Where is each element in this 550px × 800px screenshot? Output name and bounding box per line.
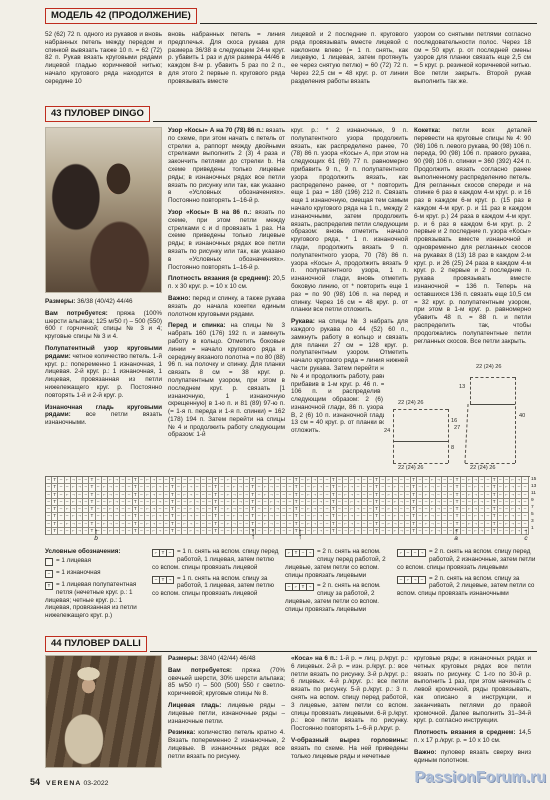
dalli-photo bbox=[45, 655, 162, 768]
legend-column-3: ⌐Т–¬= 2 п. снять на вспом. спицу перед р… bbox=[285, 548, 393, 617]
arrow-glyph: ↑ bbox=[251, 534, 255, 540]
chart-cell: – bbox=[522, 499, 528, 506]
paragraph-lead: Узор «Косы» В на 86 п.: bbox=[168, 209, 251, 216]
symbol-cell: Т bbox=[293, 550, 300, 557]
paragraph: лицевой и 2 последние п. кругового ряда … bbox=[291, 31, 408, 86]
arrow-glyph: ↑ bbox=[298, 534, 302, 540]
text-column: вновь набранных петель = линия предплечь… bbox=[168, 31, 285, 103]
chart-row-number: 9 bbox=[531, 497, 536, 504]
repeat-double-arrow-icon: ↑↑ bbox=[251, 529, 255, 540]
body-right-lower-measure: 8 bbox=[451, 445, 454, 451]
legend-item: ⌐Т–= 1 п. снять на вспом. спицу перед ра… bbox=[152, 548, 282, 572]
chart-cell: – bbox=[522, 492, 528, 499]
symbol-cell: Т bbox=[300, 584, 307, 591]
symbol-cell: ¬ bbox=[167, 577, 174, 584]
chart-arrow-markers: ↑b↑↑↑↑↑a↑c bbox=[45, 529, 529, 551]
paragraph: Размеры: 38/40 (42/44) 46/48 bbox=[168, 655, 285, 663]
symbol-cell: – bbox=[167, 550, 174, 557]
magazine-brand: VERENA bbox=[46, 780, 82, 787]
chart-row-number: 11 bbox=[531, 490, 536, 497]
body-left-line bbox=[393, 409, 394, 463]
chart-cell: – bbox=[522, 477, 528, 484]
paragraph-lead: Рукава: bbox=[291, 318, 315, 325]
body-right-line bbox=[448, 409, 449, 463]
chart-arrow-icon-c: ↑c bbox=[524, 529, 528, 542]
paragraph-lead: Изнаночная гладь круговыми рядами: bbox=[45, 404, 162, 419]
paragraph-lead: Плотность вязания (в среднем): bbox=[168, 275, 271, 282]
dingo-photo bbox=[45, 127, 162, 293]
legend-text: = 1 лицевая полупатентная петля (нечетны… bbox=[45, 581, 137, 619]
legend-column-1: Условные обозначения: = 1 лицевая–= 1 из… bbox=[45, 548, 149, 623]
paragraph: Узор «Косы» А на 70 (78) 86 п.: вязать п… bbox=[168, 127, 285, 205]
symbol-cell: – bbox=[286, 584, 293, 591]
watermark: PassionForum.ru bbox=[414, 769, 546, 787]
symbol-cell: – bbox=[46, 571, 53, 578]
text-column: Узор «Косы» А на 70 (78) 86 п.: вязать п… bbox=[168, 127, 285, 473]
sleeve-bottom-line bbox=[465, 463, 515, 464]
chart-row-number: 1 bbox=[531, 525, 536, 532]
pattern-schematic: 22 (24) 26 24 16 8 22 (24) 26 22 (24) 26… bbox=[384, 364, 546, 476]
text-column: «Коса» на 6 п.: 1-й р. = лиц. р./круг. р… bbox=[291, 655, 408, 795]
sleeve-left-measure: 27 bbox=[454, 425, 460, 431]
legend-item: –= 1 изнаночная bbox=[45, 569, 149, 578]
symbol-cell: – bbox=[419, 577, 426, 584]
arrow-label: b bbox=[94, 535, 98, 542]
header-rule bbox=[153, 121, 537, 122]
paragraph: Плотность вязания в среднем: 14,5 п. х 1… bbox=[414, 729, 531, 745]
legend-item: ⌐Т–¬= 2 п. снять на вспом. спицу перед р… bbox=[285, 548, 393, 579]
page-footer: 54VERENA 03-2022 bbox=[30, 777, 108, 787]
section-header-dalli: 44 ПУЛОВЕР DALLI bbox=[45, 636, 537, 652]
symbol-cell: Т bbox=[160, 550, 167, 557]
body-bottom-line bbox=[393, 463, 448, 464]
legend-text: = 1 изнаночная bbox=[56, 569, 101, 576]
repeat-double-arrow-icon: ↑↑ bbox=[298, 529, 302, 540]
arrow-label: c bbox=[524, 535, 528, 542]
symbol-cell: ⌐ bbox=[405, 577, 412, 584]
chart-cell: – bbox=[522, 513, 528, 520]
paragraph-lead: Важно: bbox=[168, 295, 190, 302]
section-title: МОДЕЛЬ 42 (ПРОДОЛЖЕНИЕ) bbox=[45, 8, 197, 24]
magazine-page: МОДЕЛЬ 42 (ПРОДОЛЖЕНИЕ) 52 (62) 72 п. од… bbox=[0, 0, 550, 800]
sleeve-top-line bbox=[470, 377, 515, 378]
legend-item: = 1 лицевая bbox=[45, 557, 149, 566]
section-header-dingo: 43 ПУЛОВЕР DINGO bbox=[45, 106, 537, 122]
symbol-cell: ⌐ bbox=[293, 584, 300, 591]
stitch-symbol-icon: – bbox=[45, 570, 53, 578]
paragraph: Важно: перед и спинку, а также рукава вя… bbox=[168, 295, 285, 318]
symbol-cell: ¬ bbox=[307, 550, 314, 557]
section-title: 43 ПУЛОВЕР DINGO bbox=[45, 106, 150, 122]
chart-row-number: 7 bbox=[531, 504, 536, 511]
paragraph-lead: Полупатентный узор круговыми рядами: bbox=[45, 345, 162, 360]
body-top-line bbox=[393, 409, 448, 410]
chart-row-number: 15 bbox=[531, 476, 536, 483]
paragraph: Кокетка: петли всех деталей перевести на… bbox=[414, 127, 531, 345]
sleeve-right-line bbox=[515, 377, 516, 463]
paragraph: 52 (62) 72 п. одного из рукавов и вновь … bbox=[45, 31, 162, 86]
paragraph-lead: Размеры: bbox=[45, 298, 75, 305]
paragraph-lead: «Коса» на 6 п.: bbox=[291, 655, 338, 662]
symbol-cell: Т bbox=[160, 577, 167, 584]
paragraph-lead: Важно: bbox=[414, 749, 436, 756]
body-left-measure: 24 bbox=[384, 428, 390, 434]
paragraph: круг. р.: * 2 изнаночные, 9 п. полупатен… bbox=[291, 127, 408, 314]
paragraph: Узор «Косы» В на 86 п.: вязать по схеме,… bbox=[168, 209, 285, 271]
section-header-model42: МОДЕЛЬ 42 (ПРОДОЛЖЕНИЕ) bbox=[45, 8, 537, 24]
column-text: Размеры: 36/38 (40/42) 44/46Вам потребуе… bbox=[45, 298, 162, 427]
paragraph: V-образный вырез горловины: вязать по сх… bbox=[291, 737, 408, 760]
body-inner-line bbox=[393, 441, 448, 442]
body-bottom-measure: 22 (24) 26 bbox=[398, 465, 424, 471]
paragraph-lead: Кокетка: bbox=[414, 127, 440, 134]
paragraph-lead: Размеры: bbox=[168, 655, 198, 662]
paragraph-lead: Перед и спинка: bbox=[168, 322, 226, 329]
paragraph: Размеры: 36/38 (40/42) 44/46 bbox=[45, 298, 162, 306]
sleeve-bottom-measure: 22 (24) 26 bbox=[470, 465, 496, 471]
paragraph: Вам потребуется: пряжа (100% шерсти альп… bbox=[45, 310, 162, 341]
paragraph-lead: V-образный вырез горловины: bbox=[291, 737, 408, 744]
chart-row-number: 5 bbox=[531, 511, 536, 518]
text-column: узором со снятыми петлями согласно после… bbox=[414, 31, 531, 103]
chart-row-numbers: 15131197531 bbox=[531, 476, 536, 532]
paragraph: Перед и спинка: на спицы № 3 набрать 160… bbox=[168, 322, 285, 439]
text-column: лицевой и 2 последние п. кругового ряда … bbox=[291, 31, 408, 103]
symbol-cell: Т bbox=[46, 583, 53, 590]
sleeve-raglan-line bbox=[464, 404, 468, 463]
paragraph: «Коса» на 6 п.: 1-й р. = лиц. р./круг. р… bbox=[291, 655, 408, 733]
stitch-symbol-icon: Т bbox=[45, 582, 53, 590]
header-rule bbox=[150, 651, 537, 652]
text-column: Кокетка: петли всех деталей перевести на… bbox=[414, 127, 531, 367]
legend-item: –⌐Т¬= 2 п. снять на вспом. спицу за рабо… bbox=[285, 582, 393, 613]
paragraph-lead: Резинка: bbox=[168, 729, 195, 736]
paragraph: круговые ряды; в изнаночных рядах и четн… bbox=[414, 655, 531, 725]
stitch-symbol-icon: –⌐Т¬ bbox=[285, 583, 314, 591]
symbol-cell: – bbox=[300, 550, 307, 557]
symbol-cell: ¬ bbox=[412, 577, 419, 584]
symbol-cell bbox=[46, 559, 53, 566]
legend-item: ⌐––¬= 2 п. снять на вспом. спицу перед р… bbox=[397, 548, 537, 572]
paragraph: узором со снятыми петлями согласно после… bbox=[414, 31, 531, 86]
page-number: 54 bbox=[30, 777, 40, 787]
symbol-cell: – bbox=[405, 550, 412, 557]
sleeve-upper-left-measure: 13 bbox=[459, 384, 465, 390]
stitch-symbol-icon: –⌐¬– bbox=[397, 576, 426, 584]
chart-cell: – bbox=[522, 484, 528, 491]
sleeve-inner-line bbox=[470, 404, 515, 405]
sleeve-top-measure: 22 (24) 26 bbox=[476, 364, 502, 370]
body-top-measure: 22 (24) 26 bbox=[398, 400, 424, 406]
body-right-upper-measure: 16 bbox=[451, 418, 457, 424]
paragraph-lead: Плотность вязания в среднем: bbox=[414, 729, 515, 736]
sleeve-neck-line bbox=[470, 377, 471, 404]
chart-row-number: 13 bbox=[531, 483, 536, 490]
paragraph: Полупатентный узор круговыми рядами: чет… bbox=[45, 345, 162, 400]
magazine-issue: 03-2022 bbox=[83, 780, 108, 787]
paragraph-lead: Лицевая гладь: bbox=[168, 702, 221, 709]
legend-column-2: ⌐Т–= 1 п. снять на вспом. спицу перед ра… bbox=[152, 548, 282, 601]
text-column: Размеры: 38/40 (42/44) 46/48Вам потребуе… bbox=[168, 655, 285, 795]
paragraph: Важно: пуловер вязать сверху вниз единым… bbox=[414, 749, 531, 765]
legend-column-4: ⌐––¬= 2 п. снять на вспом. спицу перед р… bbox=[397, 548, 537, 601]
legend-item: Т= 1 лицевая полупатентная петля (нечетн… bbox=[45, 581, 149, 620]
paragraph: вновь набранных петель = линия предплечь… bbox=[168, 31, 285, 86]
text-column: Размеры: 36/38 (40/42) 44/46Вам потребуе… bbox=[45, 127, 162, 473]
section-title: 44 ПУЛОВЕР DALLI bbox=[45, 636, 147, 652]
paragraph: Лицевая гладь: лицевые ряды – лицевые пе… bbox=[168, 702, 285, 725]
sleeve-right-measure: 40 bbox=[519, 413, 525, 419]
legend-item: –Т¬= 1 п. снять на вспом. спицу за работ… bbox=[152, 575, 282, 599]
chart-arrow-icon-a: ↑a bbox=[454, 529, 458, 542]
symbol-cell: – bbox=[412, 550, 419, 557]
symbol-cell: – bbox=[398, 577, 405, 584]
symbol-cell: ⌐ bbox=[398, 550, 405, 557]
chart-row-number: 3 bbox=[531, 518, 536, 525]
stitch-symbol-icon bbox=[45, 558, 53, 566]
stitch-symbol-icon: –Т¬ bbox=[152, 576, 174, 584]
paragraph: Плотность вязания (в среднем): 20,5 п. х… bbox=[168, 275, 285, 291]
symbol-cell: ⌐ bbox=[153, 550, 160, 557]
model42-columns: 52 (62) 72 п. одного из рукавов и вновь … bbox=[45, 31, 531, 103]
legend-text: = 1 лицевая bbox=[56, 557, 91, 564]
legend-item: –⌐¬–= 2 п. снять на вспом. спицу за рабо… bbox=[397, 575, 537, 599]
symbol-cell: ⌐ bbox=[286, 550, 293, 557]
paragraph: Вам потребуется: пряжа (70% овечьей шерс… bbox=[168, 667, 285, 698]
symbol-cell: – bbox=[153, 577, 160, 584]
symbol-cell: ¬ bbox=[419, 550, 426, 557]
paragraph: Резинка: количество петель кратно 4. Вяз… bbox=[168, 729, 285, 760]
text-column bbox=[45, 655, 162, 795]
chart-cell: – bbox=[522, 506, 528, 513]
paragraph-lead: Узор «Косы» А на 70 (78) 86 п.: bbox=[168, 127, 264, 134]
paragraph-lead: Вам потребуется: bbox=[45, 310, 108, 317]
chart-arrow-icon-b: ↑b bbox=[94, 529, 98, 542]
paragraph-lead: Вам потребуется: bbox=[168, 667, 232, 674]
arrow-label: a bbox=[454, 535, 458, 542]
knitting-chart: –Т–⌐¬––Т––⌐¬––Т–⌐¬––Т––⌐¬––Т–⌐¬––Т––⌐¬––… bbox=[45, 476, 530, 535]
paragraph: Изнаночная гладь круговыми рядами: все п… bbox=[45, 404, 162, 427]
header-rule bbox=[200, 23, 537, 24]
symbol-cell: ¬ bbox=[307, 584, 314, 591]
text-column: 52 (62) 72 п. одного из рукавов и вновь … bbox=[45, 31, 162, 103]
